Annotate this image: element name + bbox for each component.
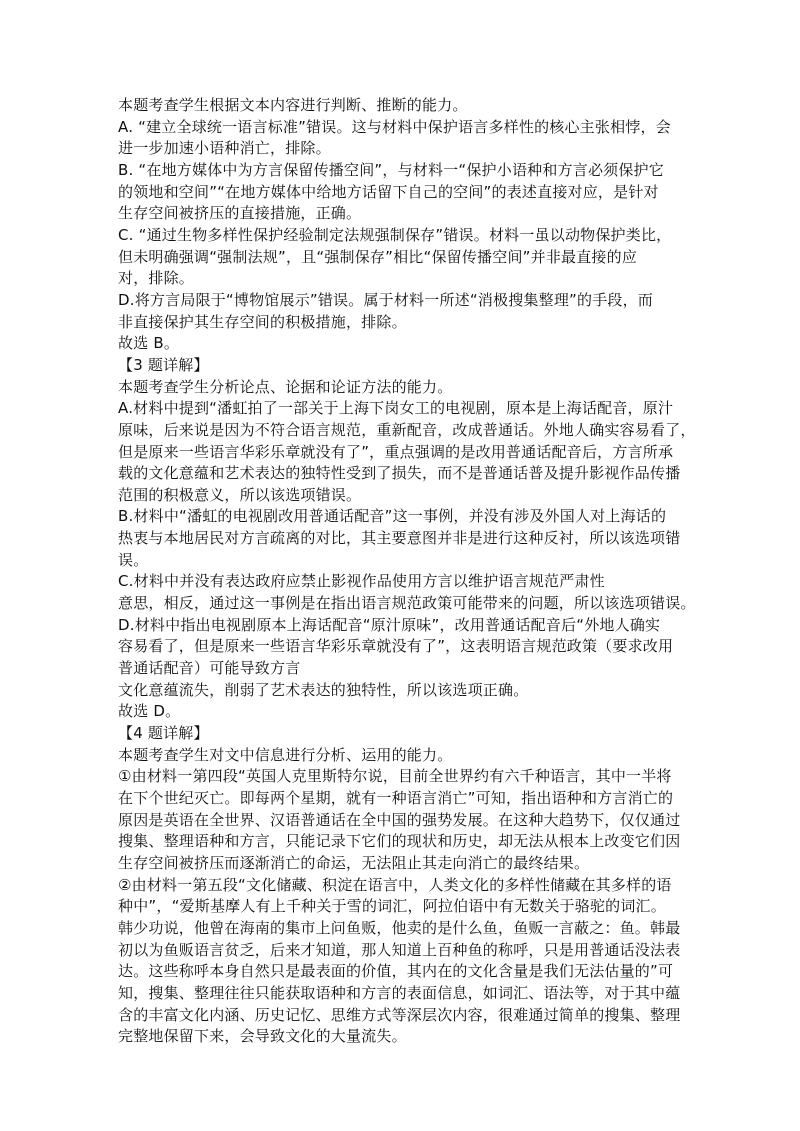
text-line: 初以为鱼贩语言贫乏，后来才知道，那人知道上百种鱼的称呼，只是用普通话没法表 <box>118 940 686 962</box>
text-line: 非直接保护其生存空间的积极措施，排除。 <box>118 312 686 334</box>
text-line: 普通话配音）可能导致方言 <box>118 658 686 680</box>
option-b-line: B. “在地方媒体中为方言保留传播空间”，与材料一“保护小语种和方言必须保护它 <box>118 160 686 182</box>
text-line: 的领地和空间”“在地方媒体中给地方话留下自己的空间”的表述直接对应，是针对 <box>118 182 686 204</box>
option-b-line: B.材料中“潘虹的电视剧改用普通话配音”这一事例，并没有涉及外国人对上海话的 <box>118 506 686 528</box>
text-line: 但是原来一些语言华彩乐章就没有了”，重点强调的是改用普通话配音后，方言所承 <box>118 442 686 464</box>
text-line: 生存空间被挤压的直接措施，正确。 <box>118 203 686 225</box>
text-line: 含的丰富文化内涵、历史记忆、思维方式等深层次内容，很难通过简单的搜集、整理 <box>118 1005 686 1027</box>
text-line: 本题考查学生对文中信息进行分析、运用的能力。 <box>118 745 686 767</box>
text-line: 对，排除。 <box>118 268 686 290</box>
section-heading-q4: 【4 题详解】 <box>118 723 686 745</box>
text-line: 原味，后来说是因为不符合语言规范，重新配音，改成普通话。外地人确实容易看了， <box>118 420 686 442</box>
option-d-line: D.材料中指出电视剧原本上海话配音“原汁原味”，改用普通话配音后“外地人确实 <box>118 615 686 637</box>
point-2-line: ②由材料一第五段“文化储藏、积淀在语言中，人类文化的多样性储藏在其多样的语 <box>118 875 686 897</box>
text-line: 原因是英语在全世界、汉语普通话在全中国的强势发展。在这种大趋势下，仅仅通过 <box>118 810 686 832</box>
text-line: 本题考查学生根据文本内容进行判断、推断的能力。 <box>118 95 686 117</box>
text-line: 容易看了，但是原来一些语言华彩乐章就没有了”，这表明语言规范政策（要求改用 <box>118 636 686 658</box>
answer-line: 故选 D。 <box>118 701 686 723</box>
point-1-line: ①由材料一第四段“英国人克里斯特尔说，目前全世界约有六千种语言，其中一半将 <box>118 766 686 788</box>
option-d-line: D.将方言局限于“博物馆展示”错误。属于材料一所述“消极搜集整理”的手段，而 <box>118 290 686 312</box>
option-a-line: A.材料中提到“潘虹拍了一部关于上海下岗女工的电视剧，原本是上海话配音，原汁 <box>118 398 686 420</box>
text-line: 种中”，“爱斯基摩人有上千种关于雪的词汇，阿拉伯语中有无数关于骆驼的词汇。 <box>118 896 686 918</box>
text-line: 载的文化意蕴和艺术表达的独特性受到了损失，而不是普通话普及提升影视作品传播 <box>118 463 686 485</box>
text-line: 韩少功说，他曾在海南的集市上问鱼贩，他卖的是什么鱼，鱼贩一言蔽之：鱼。韩最 <box>118 918 686 940</box>
option-c-line: C. “通过生物多样性保护经验制定法规强制保存”错误。材料一虽以动物保护类比， <box>118 225 686 247</box>
text-line: 在下个世纪灭亡。即每两个星期，就有一种语言消亡”可知，指出语种和方言消亡的 <box>118 788 686 810</box>
section-heading-q3: 【3 题详解】 <box>118 355 686 377</box>
option-c-line: C.材料中并没有表达政府应禁止影视作品使用方言以维护语言规范严肃性 <box>118 571 686 593</box>
text-line: 完整地保留下来，会导致文化的大量流失。 <box>118 1026 686 1048</box>
option-a-line: A. “建立全球统一语言标准”错误。这与材料中保护语言多样性的核心主张相悖，会 <box>118 117 686 139</box>
text-line: 生存空间被挤压而逐渐消亡的命运，无法阻止其走向消亡的最终结果。 <box>118 853 686 875</box>
text-line: 但未明确强调“强制法规”，且“强制保存”相比“保留传播空间”并非最直接的应 <box>118 247 686 269</box>
document-page: 本题考查学生根据文本内容进行判断、推断的能力。 A. “建立全球统一语言标准”错… <box>118 95 686 1048</box>
text-line: 意思，相反，通过这一事例是在指出语言规范政策可能带来的问题，所以该选项错误。 <box>118 593 686 615</box>
text-line: 搜集、整理语种和方言，只能记录下它们的现状和历史，却无法从根本上改变它们因 <box>118 831 686 853</box>
text-line: 误。 <box>118 550 686 572</box>
text-line: 本题考查学生分析论点、论据和论证方法的能力。 <box>118 377 686 399</box>
text-line: 范围的积极意义，所以该选项错误。 <box>118 485 686 507</box>
text-line: 进一步加速小语种消亡，排除。 <box>118 138 686 160</box>
answer-line: 故选 B。 <box>118 333 686 355</box>
text-line: 达。这些称呼本身自然只是最表面的价值，其内在的文化含量是我们无法估量的”可 <box>118 961 686 983</box>
text-line: 知，搜集、整理往往只能获取语种和方言的表面信息，如词汇、语法等，对于其中蕴 <box>118 983 686 1005</box>
text-line: 文化意蕴流失，削弱了艺术表达的独特性，所以该选项正确。 <box>118 680 686 702</box>
text-line: 热衷与本地居民对方言疏离的对比，其主要意图并非是进行这种反衬，所以该选项错 <box>118 528 686 550</box>
